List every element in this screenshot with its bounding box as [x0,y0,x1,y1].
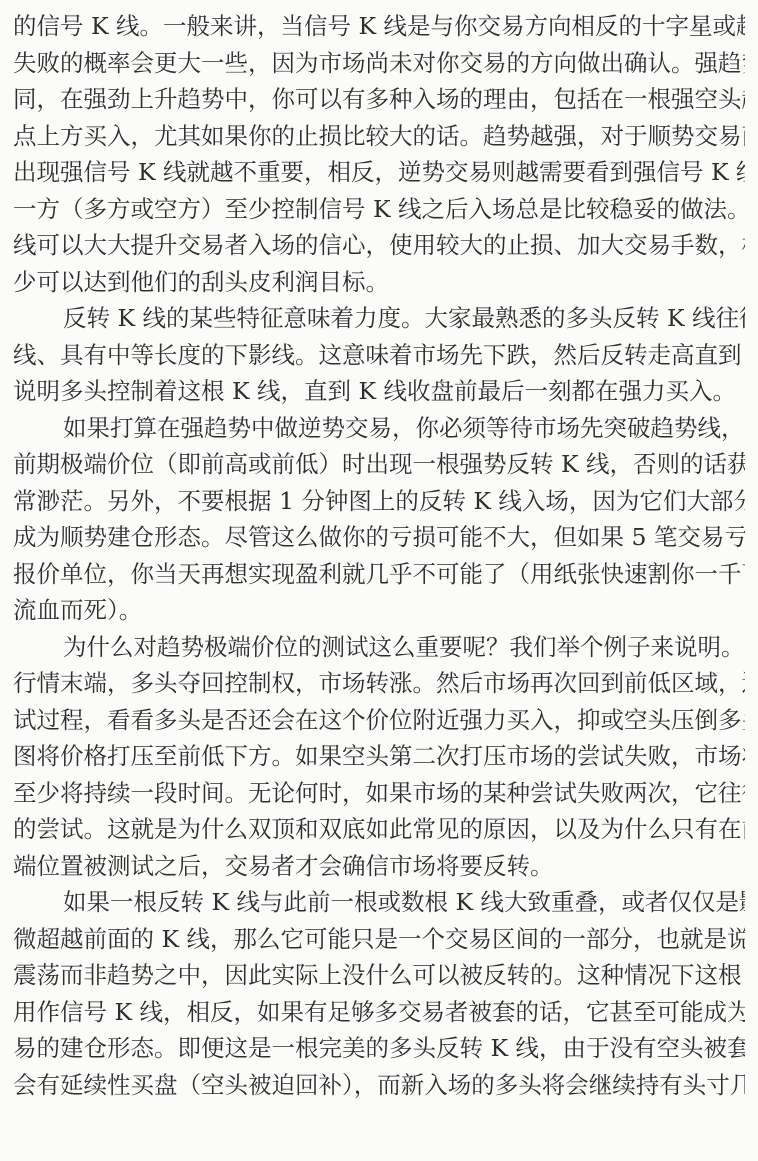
text-line: 端位置被测试之后，交易者才会确信市场将要反转。 [13,848,745,885]
text-line: 至少将持续一段时间。无论何时，如果市场的某种尝试失败两次，它往往会做相反 [13,775,745,812]
text-line: 行情末端，多头夺回控制权，市场转涨。然后市场再次回到前低区域，这是一个测 [13,665,745,702]
text-line: 点上方买入，尤其如果你的止损比较大的话。趋势越强，对于顺势交易而言，是否 [13,118,745,155]
text-line: 用作信号 K 线，相反，如果有足够多交易者被套的话，它甚至可能成为反方向交 [13,994,745,1031]
text-line: 报价单位，你当天再想实现盈利就几乎不可能了（用纸张快速割你一千下，你也会 [13,556,745,593]
text-line: 的尝试。这就是为什么双顶和双底如此常见的原因，以及为什么只有在前期趋势极 [13,811,745,848]
text-line: 试过程，看看多头是否还会在这个价位附近强力买入，抑或空头压倒多头、再次试 [13,702,745,739]
text-line: 会有延续性买盘（空头被迫回补），而新入场的多头将会继续持有头寸几根 K 线 [13,1067,745,1104]
text-line: 一方（多方或空方）至少控制信号 K 线之后入场总是比较稳妥的做法。这根趋势 K [13,191,745,228]
text-line: 同，在强劲上升趋势中，你可以有多种入场的理由，包括在一根强空头趋势 K 线高 [13,81,745,118]
text-line: 线可以大大提升交易者入场的信心，使用较大的止损、加大交易手数，相信市场至 [13,227,745,264]
text-line: 流血而死）。 [13,592,745,629]
paragraph-4: 为什么对趋势极端价位的测试这么重要呢？我们举个例子来说明。在一轮下跌 行情末端，… [13,629,745,885]
text-line: 前期极端价位（即前高或前低）时出现一根强势反转 K 线，否则的话获利的机会非 [13,446,745,483]
text-line: 微超越前面的 K 线，那么它可能只是一个交易区间的一部分，也就是说市场处于 [13,921,745,958]
text-line: 线、具有中等长度的下影线。这意味着市场先下跌，然后反转走高直到 K 线收盘， [13,337,745,374]
paragraph-5: 如果一根反转 K 线与此前一根或数根 K 线大致重叠，或者仅仅是影线部分略 微超… [13,884,745,1103]
text-line: 出现强信号 K 线就越不重要，相反，逆势交易则越需要看到强信号 K 线。在正确的 [13,154,745,191]
text-line: 常渺茫。另外，不要根据 1 分钟图上的反转 K 线入场，因为它们大部分都会失败， [13,483,745,520]
text-line: 失败的概率会更大一些，因为市场尚未对你交易的方向做出确认。强趋势行情则不 [13,45,745,82]
text-line: 图将价格打压至前低下方。如果空头第二次打压市场的尝试失败，市场将会上涨， [13,738,745,775]
text-line: 说明多头控制着这根 K 线，直到 K 线收盘前最后一刻都在强力买入。 [13,373,745,410]
paragraph-2: 反转 K 线的某些特征意味着力度。大家最熟悉的多头反转 K 线往往是一根大阳 线… [13,300,745,410]
text-line: 震荡而非趋势之中，因此实际上没什么可以被反转的。这种情况下这根 K 线不应 [13,957,745,994]
text-line: 如果一根反转 K 线与此前一根或数根 K 线大致重叠，或者仅仅是影线部分略 [13,884,745,921]
text-line: 如果打算在强趋势中做逆势交易，你必须等待市场先突破趋势线，然后在测试 [13,410,745,447]
text-line: 少可以达到他们的刮头皮利润目标。 [13,264,745,301]
text-line: 为什么对趋势极端价位的测试这么重要呢？我们举个例子来说明。在一轮下跌 [13,629,745,666]
text-line: 的信号 K 线。一般来讲，当信号 K 线是与你交易方向相反的十字星或趋势 K 线… [13,8,745,45]
text-line: 易的建仓形态。即便这是一根完美的多头反转 K 线，由于没有空头被套，也许不 [13,1030,745,1067]
text-line: 反转 K 线的某些特征意味着力度。大家最熟悉的多头反转 K 线往往是一根大阳 [13,300,745,337]
book-page: 的信号 K 线。一般来讲，当信号 K 线是与你交易方向相反的十字星或趋势 K 线… [13,8,745,1103]
paragraph-1: 的信号 K 线。一般来讲，当信号 K 线是与你交易方向相反的十字星或趋势 K 线… [13,8,745,300]
text-line: 成为顺势建仓形态。尽管这么做你的亏损可能不大，但如果 5 笔交易亏损 4 个最小 [13,519,745,556]
paragraph-3: 如果打算在强趋势中做逆势交易，你必须等待市场先突破趋势线，然后在测试 前期极端价… [13,410,745,629]
